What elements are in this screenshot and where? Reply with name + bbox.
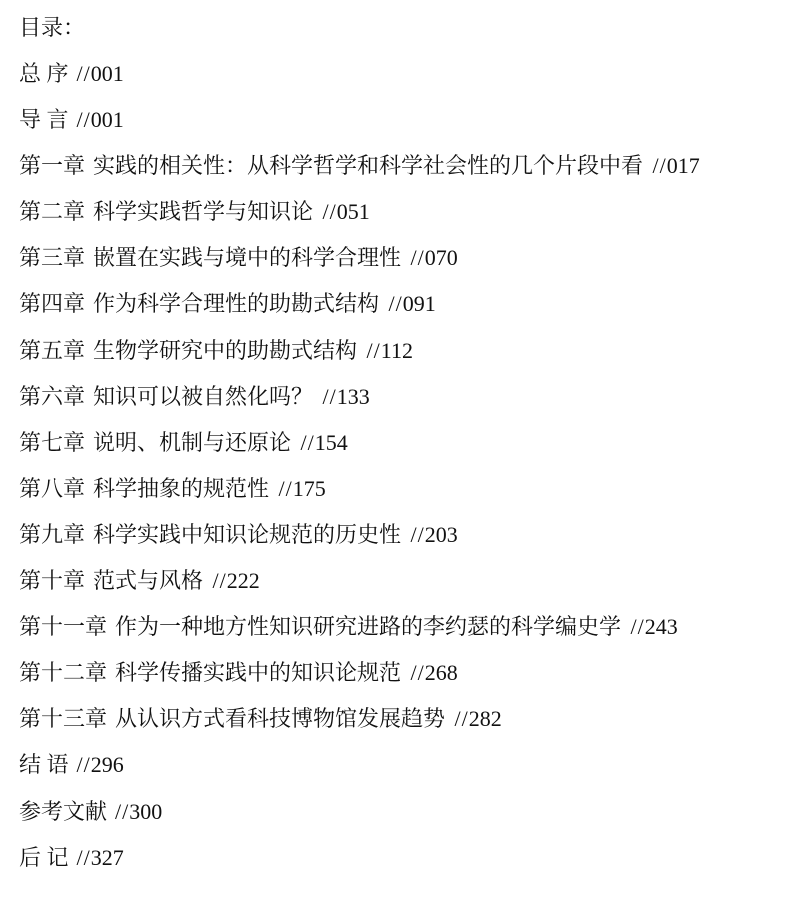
toc-entry-label: 第六章: [19, 384, 85, 409]
toc-page-number: 243: [645, 614, 678, 639]
toc-separator: //: [367, 338, 381, 363]
toc-separator: //: [653, 153, 667, 178]
toc-entry-title: 科学实践中知识论规范的历史性: [93, 522, 401, 547]
toc-entry-chapter-10[interactable]: 第十章范式与风格 //222: [19, 565, 700, 611]
toc-separator: //: [77, 61, 91, 86]
toc-entry-conclusion[interactable]: 结 语//296: [19, 749, 700, 795]
toc-entry-title: 作为科学合理性的助勘式结构: [93, 291, 379, 316]
toc-entry-title: 说明、机制与还原论: [93, 430, 291, 455]
toc-page-number: 203: [425, 522, 458, 547]
toc-entry-title: 科学抽象的规范性: [93, 476, 269, 501]
toc-page-number: 051: [337, 199, 370, 224]
toc-entry-label: 第九章: [19, 522, 85, 547]
toc-entry-label: 总 序: [19, 61, 69, 86]
toc-page-number: 296: [91, 752, 124, 777]
toc-page-number: 001: [91, 61, 124, 86]
toc-entry-chapter-1[interactable]: 第一章实践的相关性：从科学哲学和科学社会性的几个片段中看 //017: [19, 150, 700, 196]
toc-page-number: 091: [403, 291, 436, 316]
toc-separator: //: [411, 660, 425, 685]
toc-entry-label: 参考文献: [19, 799, 107, 824]
toc-separator: //: [115, 799, 129, 824]
toc-page-number: 017: [667, 153, 700, 178]
toc-page-number: 282: [469, 706, 502, 731]
toc-entry-chapter-9[interactable]: 第九章科学实践中知识论规范的历史性 //203: [19, 519, 700, 565]
toc-entry-general-preface[interactable]: 总 序//001: [19, 58, 700, 104]
toc-entry-title: 知识可以被自然化吗？: [93, 384, 313, 409]
toc-entry-chapter-13[interactable]: 第十三章从认识方式看科技博物馆发展趋势 //282: [19, 703, 700, 749]
toc-entry-chapter-12[interactable]: 第十二章科学传播实践中的知识论规范 //268: [19, 657, 700, 703]
toc-separator: //: [279, 476, 293, 501]
toc-entry-chapter-3[interactable]: 第三章嵌置在实践与境中的科学合理性 //070: [19, 242, 700, 288]
toc-entry-title: 范式与风格: [93, 568, 203, 593]
toc-entry-label: 第三章: [19, 245, 85, 270]
toc-separator: //: [631, 614, 645, 639]
toc-page-number: 222: [227, 568, 260, 593]
toc-separator: //: [411, 245, 425, 270]
toc-entry-references[interactable]: 参考文献//300: [19, 796, 700, 842]
toc-page-number: 327: [91, 845, 124, 870]
toc-entry-chapter-4[interactable]: 第四章作为科学合理性的助勘式结构 //091: [19, 288, 700, 334]
toc-entry-chapter-8[interactable]: 第八章科学抽象的规范性 //175: [19, 473, 700, 519]
toc-separator: //: [213, 568, 227, 593]
toc-entry-label: 第十一章: [19, 614, 107, 639]
toc-entry-introduction[interactable]: 导 言//001: [19, 104, 700, 150]
toc-separator: //: [411, 522, 425, 547]
toc-page-number: 070: [425, 245, 458, 270]
toc-entry-chapter-6[interactable]: 第六章知识可以被自然化吗？ //133: [19, 381, 700, 427]
toc-separator: //: [301, 430, 315, 455]
toc-separator: //: [323, 384, 337, 409]
toc-page-number: 133: [337, 384, 370, 409]
toc-entry-label: 结 语: [19, 752, 69, 777]
toc-separator: //: [323, 199, 337, 224]
toc-page-number: 154: [315, 430, 348, 455]
toc-separator: //: [77, 107, 91, 132]
toc-page-number: 175: [293, 476, 326, 501]
toc-entry-title: 科学实践哲学与知识论: [93, 199, 313, 224]
toc-page-number: 268: [425, 660, 458, 685]
toc-entry-label: 第一章: [19, 153, 85, 178]
toc-entry-chapter-11[interactable]: 第十一章作为一种地方性知识研究进路的李约瑟的科学编史学 //243: [19, 611, 700, 657]
table-of-contents: 目录： 总 序//001 导 言//001 第一章实践的相关性：从科学哲学和科学…: [19, 12, 700, 888]
toc-entry-label: 第十三章: [19, 706, 107, 731]
toc-separator: //: [455, 706, 469, 731]
toc-entry-title: 科学传播实践中的知识论规范: [115, 660, 401, 685]
toc-entry-title: 实践的相关性：从科学哲学和科学社会性的几个片段中看: [93, 153, 643, 178]
toc-entry-label: 第二章: [19, 199, 85, 224]
toc-page-number: 001: [91, 107, 124, 132]
toc-heading: 目录：: [19, 12, 700, 58]
toc-page-number: 300: [129, 799, 162, 824]
toc-entry-chapter-5[interactable]: 第五章生物学研究中的助勘式结构 //112: [19, 335, 700, 381]
toc-entry-label: 第十章: [19, 568, 85, 593]
toc-entry-chapter-2[interactable]: 第二章科学实践哲学与知识论 //051: [19, 196, 700, 242]
toc-entry-title: 生物学研究中的助勘式结构: [93, 338, 357, 363]
toc-entry-label: 第十二章: [19, 660, 107, 685]
toc-entry-title: 嵌置在实践与境中的科学合理性: [93, 245, 401, 270]
toc-separator: //: [77, 752, 91, 777]
toc-entry-label: 第八章: [19, 476, 85, 501]
toc-entry-chapter-7[interactable]: 第七章说明、机制与还原论 //154: [19, 427, 700, 473]
toc-entry-label: 第五章: [19, 338, 85, 363]
toc-entry-title: 从认识方式看科技博物馆发展趋势: [115, 706, 445, 731]
toc-entry-label: 第四章: [19, 291, 85, 316]
toc-entry-label: 导 言: [19, 107, 69, 132]
toc-entry-label: 后 记: [19, 845, 69, 870]
toc-entry-label: 第七章: [19, 430, 85, 455]
toc-separator: //: [77, 845, 91, 870]
toc-separator: //: [389, 291, 403, 316]
toc-entry-title: 作为一种地方性知识研究进路的李约瑟的科学编史学: [115, 614, 621, 639]
toc-entry-afterword[interactable]: 后 记//327: [19, 842, 700, 888]
toc-page-number: 112: [381, 338, 413, 363]
